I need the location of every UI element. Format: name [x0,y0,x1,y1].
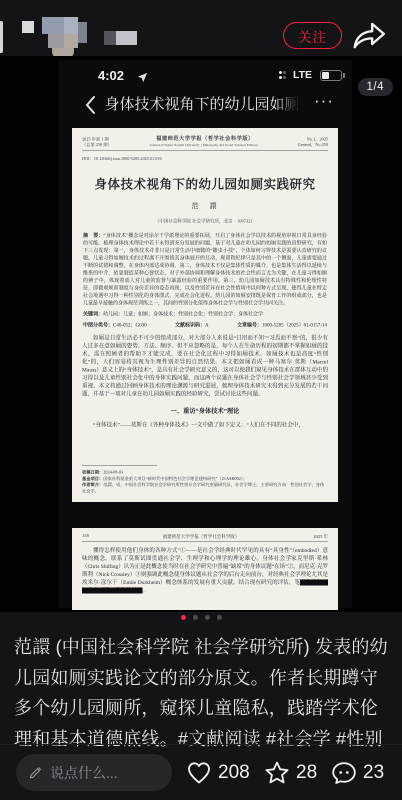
comment-button[interactable]: 23 [331,754,384,791]
dot-active [181,615,186,620]
page2-text-end: 。 [143,588,149,594]
paper-affiliation: （中国社会科学院 社会学研究所，北京 100732） [82,218,328,225]
article-id-value: 1000-5285（2025）01-0157-14 [262,323,327,329]
location-arrow-icon [137,70,148,88]
share-icon[interactable] [351,20,387,50]
page-indicator-badge: 1/4 [358,78,394,96]
collect-button[interactable]: 28 [264,754,317,791]
page2-running-header: 158 福建师范大学学报（哲学社会科学版） 2025 年 [82,533,328,542]
fund-value: 国家社科基金重大项目“新时代中国特色社会学理论建构研究”（21ASH002）； [103,476,247,481]
journal-header: 2025 年第 1 期 （总第 250 期） 福建师范大学学报（哲学社会科学版）… [82,136,328,151]
running-journal-name: 福建师范大学学报（哲学社会科学版） [163,533,240,540]
abstract-text: “身体技术”概念是对涂尔干学派理论的重要拓展，开启了身体社会学以技术的视角审视日… [83,233,327,306]
doc-code-value: A [205,323,209,329]
paper-page-2: 158 福建师范大学学报（哲学社会科学版） 2025 年 懂得怎样使用他们身体的… [72,528,338,610]
post-description: 范譞 (中国社会科学院 社会学研究所) 发表的幼儿园如厕实践论文的部分原文。作者… [14,632,388,755]
received-label: 收稿日期： [82,470,103,475]
journal-name-en: Journal of Fujian Normal University（Phil… [127,143,283,149]
bottom-action-bar: 说点什么... 208 28 23 [0,744,402,800]
star-icon [264,760,290,786]
paper-author: 范 譞 [82,201,328,211]
paper-title: 身体技术视角下的幼儿园如厕实践研究 [82,175,328,193]
received-value: 2024-08-03 [103,470,123,475]
clc-value: C40-052；G630 [113,323,147,329]
journal-name-cn: 福建师范大学学报（哲学社会科学版） [127,136,283,142]
keywords-text: 幼儿园；儿童；如厕；身体技术；性别社会化；性别社会学；身体社会学 [103,312,263,318]
carousel-dots [0,615,402,620]
article-id-label: 文章编号： [237,323,262,329]
network-type-label: LTE [293,69,312,81]
section-heading: 一、重访“身体技术”理论 [82,406,328,415]
comment-input[interactable]: 说点什么... [16,754,172,791]
back-chevron-icon [84,95,96,120]
keywords-label: 关键词： [83,312,103,318]
doi-line: DOI：10.12046/j.issn.1000-5285.2025.01.01… [82,156,328,162]
bio-label: 作者简介： [82,482,103,487]
intro-paragraph: 如厕是日常生活必不可少的组成部分，对大部分人来说是“日用而不知”“习焉而不察”的… [82,334,328,398]
more-icon: ··· [314,91,334,111]
abstract: 摘 要：“身体技术”概念是对涂尔干学派理论的重要拓展，开启了身体社会学以技术的视… [83,232,327,307]
fund-label: 基金项目： [82,476,103,481]
dot [205,615,210,620]
back-icon[interactable] [0,21,3,53]
pencil-icon [28,765,43,780]
status-time: 4:02 [98,68,124,83]
heart-icon [186,760,212,786]
avatar-mosaic-block [22,21,34,33]
footnote-rule [82,466,157,467]
paper-page-1: 2025 年第 1 期 （总第 250 期） 福建师范大学学报（哲学社会科学版）… [72,128,338,502]
abstract-label: 摘 要： [83,233,103,239]
like-button[interactable]: 208 [186,754,250,791]
dot [193,615,198,620]
clc-label: 中图分类号： [83,323,113,329]
screenshot-status-bar: 4:02 LTE [58,67,352,85]
footnote-block: 收稿日期：2024-08-03 基金项目：国家社科基金重大项目“新时代中国特色社… [82,461,328,495]
page2-text: 懂得怎样使用他们身体的各种方式”①——是社会学经典时代罕见的具有“具身性”（em… [82,548,328,586]
battery-icon [320,70,342,81]
follow-button[interactable]: 关注 [283,22,342,49]
article-meta: 中图分类号：C40-052；G630 文献标识码：A 文章编号：1000-528… [83,321,327,329]
document-title: 身体技术视角下的幼儿园如厕 [104,93,300,117]
bio-value: 范譞，男，中国社会科学院社会学研究所性别社会学研究室副研究员，社会学博士，主要研… [82,482,324,493]
page-number: 158 [82,533,89,540]
keywords: 关键词：幼儿园；儿童；如厕；身体技术；性别社会化；性别社会学；身体社会学 [83,311,327,318]
cellular-signal-icon [279,71,287,79]
doc-code-label: 文献标识码： [175,323,205,329]
running-year: 2025 年 [313,533,328,540]
comment-bubble-icon [331,760,357,786]
post-image-carousel[interactable]: 4:02 LTE 身体技术视角下的幼儿园如厕 ··· [0,56,402,612]
collect-count: 28 [296,762,317,784]
screenshot-nav-bar: 身体技术视角下的幼儿园如厕 ··· [58,90,352,120]
comment-count: 23 [363,762,384,784]
like-count: 208 [218,762,250,784]
journal-general-no: General，No.250 [283,142,328,148]
top-bar: 关注 [0,0,402,56]
avatar[interactable] [42,13,87,61]
xiaohongshu-post-screen: 关注 4:02 LTE [0,0,402,800]
section-lead-paragraph: “身体技术”——莫斯在《各种身体技术》一文中做了如下定义：“人们在不同的社会中， [82,421,328,429]
comment-placeholder: 说点什么... [50,763,118,783]
issue-total: （总第 250 期） [82,142,127,148]
phone-screenshot-image: 4:02 LTE 身体技术视角下的幼儿园如厕 ··· [58,60,352,608]
username-mosaic[interactable] [104,31,137,45]
dot [217,615,222,620]
page2-paragraph: 懂得怎样使用他们身体的各种方式”①——是社会学经典时代罕见的具有“具身性”（em… [82,547,328,595]
